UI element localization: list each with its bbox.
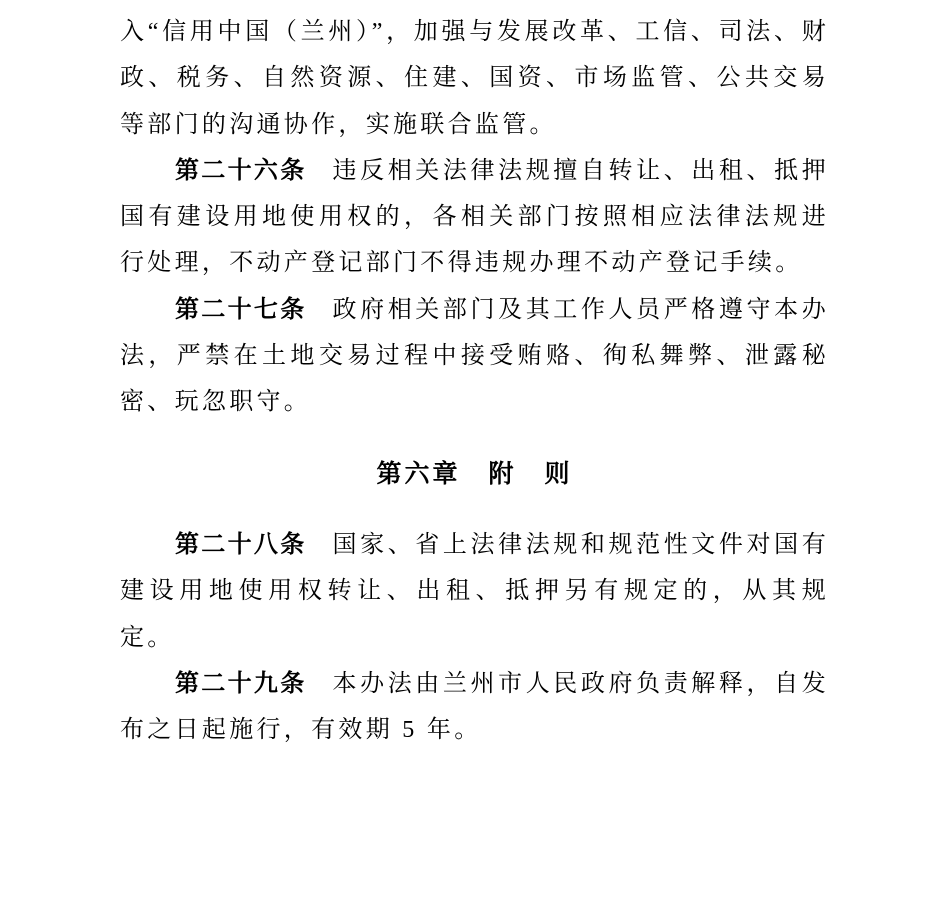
article-29-number: 第二十九条 [175,670,307,697]
article-26-number: 第二十六条 [175,157,307,184]
paragraph-article-29: 第二十九条本办法由兰州市人民政府负责解释，自发布之日起施行，有效期 5 年。 [120,661,829,754]
paragraph-article-26: 第二十六条违反相关法律法规擅自转让、出租、抵押国有建设用地使用权的，各相关部门按… [120,148,829,287]
paragraph-article-27: 第二十七条政府相关部门及其工作人员严格遵守本办法，严禁在土地交易过程中接受贿赂、… [120,287,829,426]
article-28-number: 第二十八条 [175,531,307,558]
paragraph-continuation: 入“信用中国（兰州）”，加强与发展改革、工信、司法、财政、税务、自然资源、住建、… [120,9,829,148]
document-text-block: 入“信用中国（兰州）”，加强与发展改革、工信、司法、财政、税务、自然资源、住建、… [120,9,829,753]
article-27-number: 第二十七条 [175,296,307,323]
document-page: 入“信用中国（兰州）”，加强与发展改革、工信、司法、财政、税务、自然资源、住建、… [0,0,944,907]
chapter-heading: 第六章 附 则 [120,451,829,497]
paragraph-article-28: 第二十八条国家、省上法律法规和规范性文件对国有建设用地使用权转让、出租、抵押另有… [120,522,829,661]
